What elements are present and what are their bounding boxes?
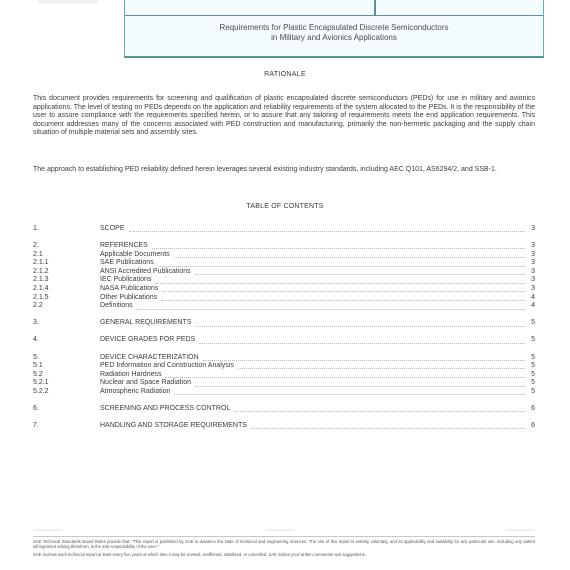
toc-entry-number: 5.2 [33, 371, 100, 380]
toc-entry-title: IEC Publications [100, 276, 153, 285]
toc-entry-page: 3 [527, 276, 535, 285]
toc-entry-title: Radiation Hardness [100, 371, 163, 380]
toc-dot-leader [195, 269, 525, 275]
rationale-paragraph-1: This document provides requirements for … [33, 95, 535, 138]
toc-entry[interactable]: 1.SCOPE3 [33, 225, 535, 234]
toc-entry-title: DEVICE GRADES FOR PEDS [100, 336, 197, 345]
document-title-line2: in Military and Avionics Applications [125, 33, 543, 43]
toc-dot-leader [165, 372, 525, 378]
toc-entry-page: 5 [527, 362, 535, 371]
toc-entry[interactable]: 2.1.4NASA Publications3 [33, 285, 535, 294]
toc-entry-number: 2.2 [33, 302, 100, 311]
toc-dot-leader [251, 423, 525, 429]
toc-entry-number: 5.2.2 [33, 388, 100, 397]
toc-entry-title: SCREENING AND PROCESS CONTROL [100, 405, 232, 414]
toc-entry[interactable]: 2.1.5Other Publications4 [33, 294, 535, 303]
toc-dot-leader [162, 286, 525, 292]
toc-entry-number: 2.1 [33, 251, 100, 260]
toc-entry-number: 2. [33, 242, 100, 251]
toc-entry[interactable]: 2.REFERENCES3 [33, 242, 535, 251]
toc-entry-number: 1. [33, 225, 100, 234]
toc-entry-page: 3 [527, 259, 535, 268]
toc-entry[interactable]: 6.SCREENING AND PROCESS CONTROL6 [33, 405, 535, 414]
toc-entry-number: 2.1.4 [33, 285, 100, 294]
toc-entry[interactable]: 5.2.2Atmospheric Radiation5 [33, 388, 535, 397]
table-of-contents: 1.SCOPE32.REFERENCES32.1Applicable Docum… [33, 225, 535, 431]
toc-entry-title: Other Publications [100, 294, 159, 303]
toc-dot-leader [137, 304, 525, 310]
toc-entry-title: Definitions [100, 302, 135, 311]
toc-entry-page: 3 [527, 225, 535, 234]
toc-entry[interactable]: 5.DEVICE CHARACTERIZATION5 [33, 354, 535, 363]
header-top-row [125, 0, 543, 16]
toc-dot-leader [238, 363, 525, 369]
toc-dot-leader [152, 243, 525, 249]
toc-entry-page: 5 [527, 379, 535, 388]
toc-entry-page: 3 [527, 251, 535, 260]
toc-entry-title: Atmospheric Radiation [100, 388, 172, 397]
toc-entry-number: 3. [33, 319, 100, 328]
toc-entry-page: 6 [527, 422, 535, 431]
footer-disclaimer: SAE Technical Standards Board Rules prov… [33, 539, 535, 549]
toc-dot-leader [195, 381, 525, 387]
toc-entry-title: Applicable Documents [100, 251, 172, 260]
header-faint-mark [38, 0, 98, 4]
toc-entry-page: 5 [527, 371, 535, 380]
toc-entry-page: 4 [527, 302, 535, 311]
toc-entry[interactable]: 2.1Applicable Documents3 [33, 251, 535, 260]
toc-entry-title: DEVICE CHARACTERIZATION [100, 354, 201, 363]
toc-dot-leader [161, 295, 525, 301]
toc-entry-title: ANSI Accredited Publications [100, 268, 193, 277]
footer-rule [33, 536, 535, 537]
toc-entry-page: 5 [527, 319, 535, 328]
toc-dot-leader [174, 252, 525, 258]
document-title-line1: Requirements for Plastic Encapsulated Di… [125, 23, 543, 33]
footer-faint-mark [33, 529, 63, 531]
toc-entry-number: 2.1.3 [33, 276, 100, 285]
toc-entry-number: 2.1.2 [33, 268, 100, 277]
toc-entry[interactable]: 5.1PED Information and Construction Anal… [33, 362, 535, 371]
toc-dot-leader [158, 261, 525, 267]
toc-entry-page: 5 [527, 354, 535, 363]
toc-dot-leader [196, 321, 525, 327]
document-title: Requirements for Plastic Encapsulated Di… [125, 23, 543, 43]
footer-review-notice: SAE reviews each technical report at lea… [33, 552, 535, 557]
toc-entry-title: Nuclear and Space Radiation [100, 379, 193, 388]
toc-entry-page: 5 [527, 336, 535, 345]
footer-faint-mark [505, 529, 535, 531]
toc-entry-number: 5. [33, 354, 100, 363]
toc-entry[interactable]: 5.2.1Nuclear and Space Radiation5 [33, 379, 535, 388]
toc-entry-number: 4. [33, 336, 100, 345]
toc-entry-page: 3 [527, 285, 535, 294]
toc-entry[interactable]: 7.HANDLING AND STORAGE REQUIREMENTS6 [33, 422, 535, 431]
toc-entry-number: 5.1 [33, 362, 100, 371]
rationale-paragraph-2: The approach to establishing PED reliabi… [33, 166, 535, 175]
toc-entry-page: 5 [527, 388, 535, 397]
document-header-box: Requirements for Plastic Encapsulated Di… [124, 0, 544, 58]
toc-entry-title: GENERAL REQUIREMENTS [100, 319, 194, 328]
toc-entry-title: PED Information and Construction Analysi… [100, 362, 236, 371]
toc-entry[interactable]: 2.2Definitions4 [33, 302, 535, 311]
toc-dot-leader [155, 278, 525, 284]
toc-dot-leader [234, 406, 525, 412]
toc-entry-title: SCOPE [100, 225, 127, 234]
rationale-heading: RATIONALE [0, 71, 570, 78]
toc-entry-page: 3 [527, 242, 535, 251]
toc-entry-page: 3 [527, 268, 535, 277]
toc-entry[interactable]: 2.1.3IEC Publications3 [33, 276, 535, 285]
toc-entry[interactable]: 2.1.1SAE Publications3 [33, 259, 535, 268]
toc-entry-number: 2.1.5 [33, 294, 100, 303]
toc-dot-leader [203, 355, 525, 361]
toc-entry-title: HANDLING AND STORAGE REQUIREMENTS [100, 422, 249, 431]
toc-heading: TABLE OF CONTENTS [0, 203, 570, 210]
toc-dot-leader [129, 226, 525, 232]
toc-entry-number: 7. [33, 422, 100, 431]
toc-entry-number: 5.2.1 [33, 379, 100, 388]
toc-entry[interactable]: 2.1.2ANSI Accredited Publications3 [33, 268, 535, 277]
toc-entry-number: 6. [33, 405, 100, 414]
toc-entry[interactable]: 5.2Radiation Hardness5 [33, 371, 535, 380]
toc-entry-number: 2.1.1 [33, 259, 100, 268]
footer-faint-mark [265, 529, 295, 531]
toc-dot-leader [174, 389, 525, 395]
toc-entry[interactable]: 3.GENERAL REQUIREMENTS5 [33, 319, 535, 328]
toc-entry[interactable]: 4.DEVICE GRADES FOR PEDS5 [33, 336, 535, 345]
toc-entry-title: NASA Publications [100, 285, 160, 294]
toc-entry-title: REFERENCES [100, 242, 150, 251]
toc-dot-leader [199, 338, 525, 344]
toc-entry-title: SAE Publications [100, 259, 156, 268]
toc-entry-page: 4 [527, 294, 535, 303]
header-divider [374, 0, 376, 15]
toc-entry-page: 6 [527, 405, 535, 414]
